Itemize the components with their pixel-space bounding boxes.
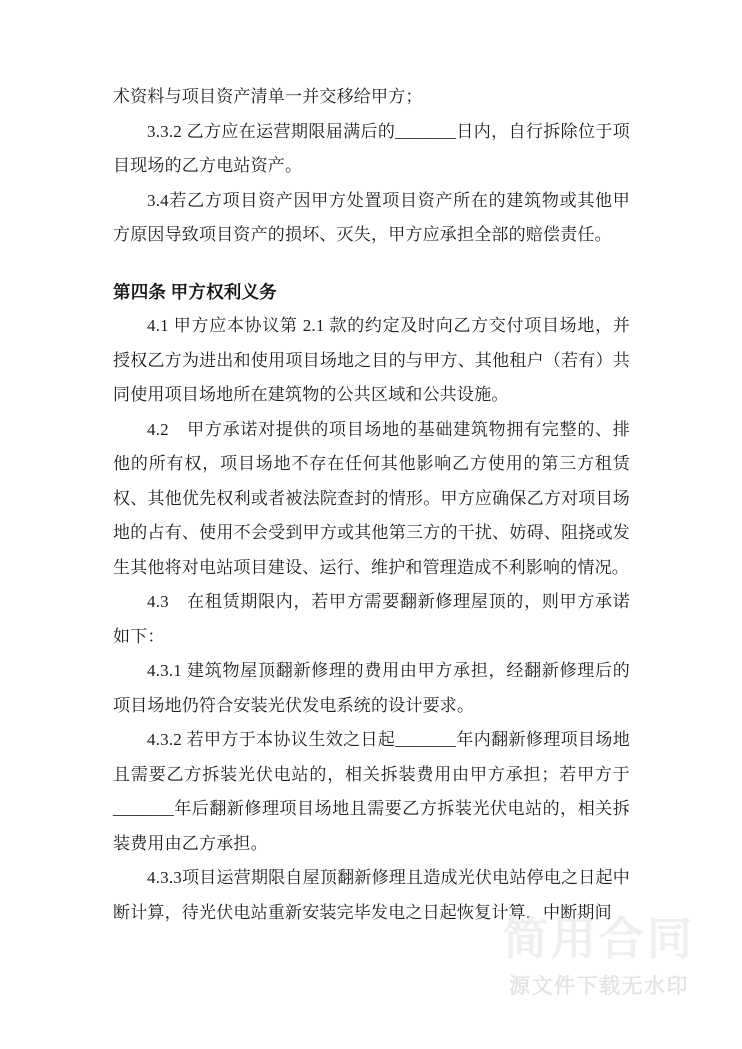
clause-4-1: 4.1 甲方应本协议第 2.1 款的约定及时向乙方交付项目场地，并授权乙方为进出… bbox=[113, 309, 630, 413]
clause-4-3-3: 4.3.3项目运营期限自屋顶翻新修理且造成光伏电站停电之日起中断计算，待光伏电站… bbox=[113, 861, 630, 930]
document-text: 术资料与项目资产清单一并交移给甲方； 3.3.2 乙方应在运营期限届满后的___… bbox=[113, 80, 630, 930]
clause-4-3-2: 4.3.2 若甲方于本协议生效之日起_______年内翻新修理项目场地且需要乙方… bbox=[113, 723, 630, 861]
clause-3-3-2: 3.3.2 乙方应在运营期限届满后的_______日内，自行拆除位于项目现场的乙… bbox=[113, 115, 630, 184]
watermark-tagline: 源文件下载无水印 bbox=[503, 970, 689, 1000]
clause-4-2: 4.2 甲方承诺对提供的项目场地的基础建筑物拥有完整的、排他的所有权，项目场地不… bbox=[113, 413, 630, 586]
clause-3-3-1-continuation: 术资料与项目资产清单一并交移给甲方； bbox=[113, 80, 630, 115]
clause-4-3: 4.3 在租赁期限内，若甲方需要翻新修理屋顶的，则甲方承诺如下： bbox=[113, 585, 630, 654]
clause-3-4: 3.4若乙方项目资产因甲方处置项目资产所在的建筑物或其他甲方原因导致项目资产的损… bbox=[113, 184, 630, 253]
section-4-heading: 第四条 甲方权利义务 bbox=[113, 275, 630, 310]
clause-4-3-1: 4.3.1 建筑物屋顶翻新修理的费用由甲方承担，经翻新修理后的项目场地仍符合安装… bbox=[113, 654, 630, 723]
